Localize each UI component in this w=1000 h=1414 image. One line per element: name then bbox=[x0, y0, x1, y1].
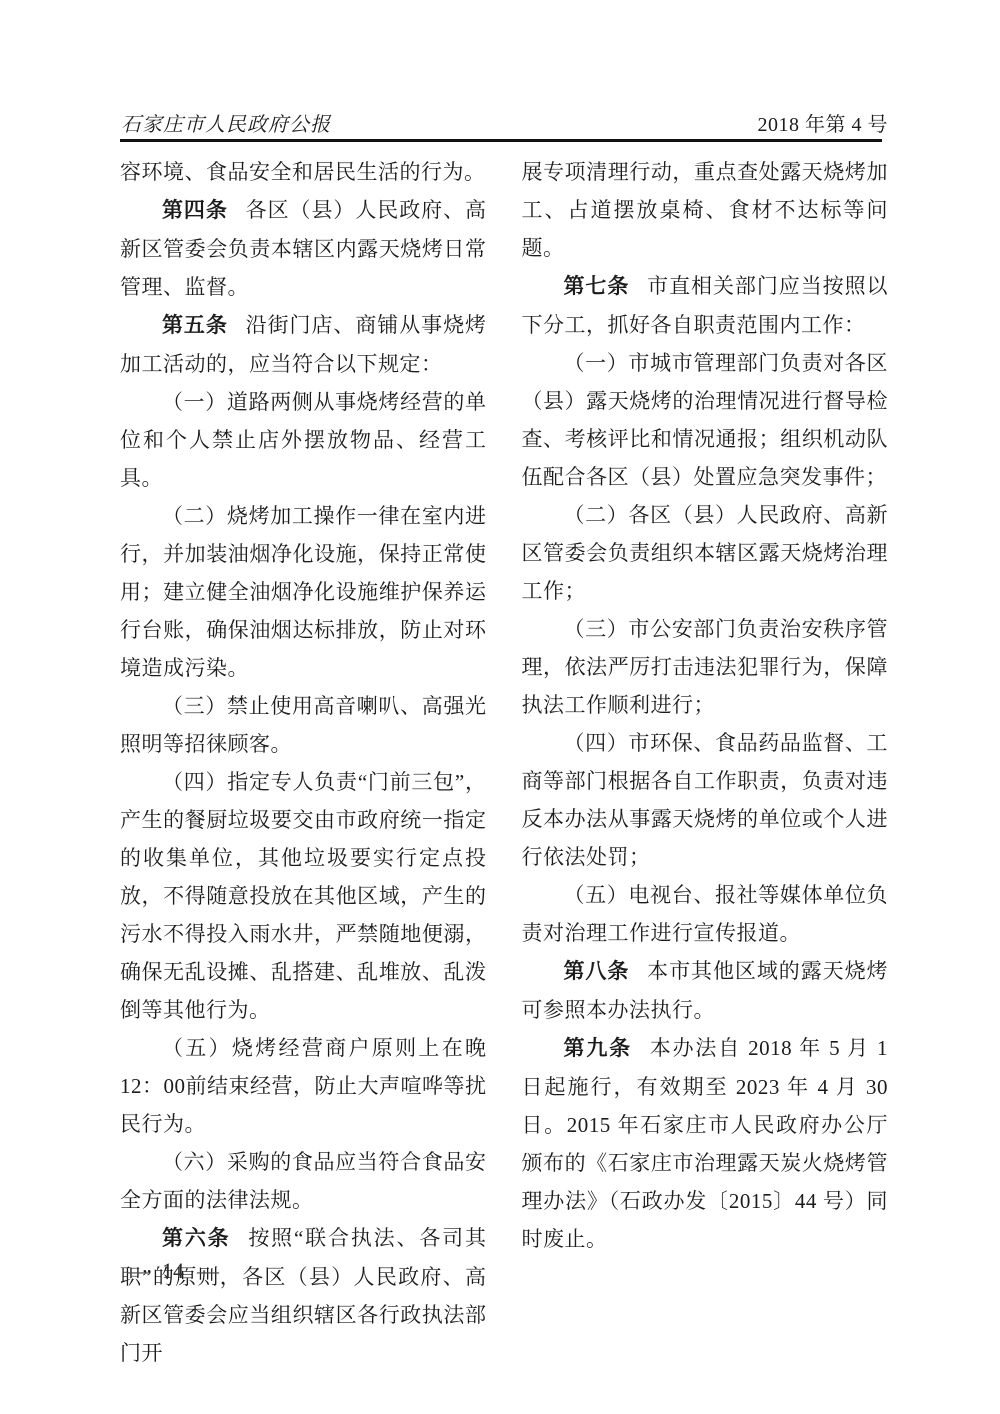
paragraph: （二）各区（县）人民政府、高新区管委会负责组织本辖区露天烧烤治理工作； bbox=[522, 496, 889, 610]
paragraph: （五）烧烤经营商户原则上在晚12：00前结束经营，防止大声喧哗等扰民行为。 bbox=[120, 1029, 487, 1143]
header-rule bbox=[120, 139, 882, 142]
paragraph: 第四条各区（县）人民政府、高新区管委会负责本辖区内露天烧烤日常管理、监督。 bbox=[120, 191, 487, 306]
article-number-label: 第九条 bbox=[564, 1037, 632, 1060]
paragraph: （三）禁止使用高音喇叭、高强光照明等招徕顾客。 bbox=[120, 687, 487, 763]
paragraph: 第七条市直相关部门应当按照以下分工，抓好各自职责范围内工作： bbox=[522, 267, 889, 344]
paragraph: 第九条本办法自 2018 年 5 月 1 日起施行，有效期至 2023 年 4 … bbox=[522, 1029, 889, 1258]
article-number-label: 第六条 bbox=[162, 1227, 231, 1250]
article-number-label: 第五条 bbox=[162, 314, 228, 337]
page-footer: — 14 — bbox=[127, 1258, 219, 1284]
right-column: 展专项清理行动，重点查处露天烧烤加工、占道摆放桌椅、食材不达标等问题。第七条市直… bbox=[522, 153, 889, 1372]
issue-number: 2018 年第 4 号 bbox=[758, 112, 889, 138]
paragraph: （二）烧烤加工操作一律在室内进行，并加装油烟净化设施，保持正常使用；建立健全油烟… bbox=[120, 497, 487, 687]
footer-dash-left: — bbox=[127, 1258, 149, 1284]
gazette-page: 石家庄市人民政府公报 2018 年第 4 号 容环境、食品安全和居民生活的行为。… bbox=[0, 0, 1000, 1414]
article-number-label: 第四条 bbox=[162, 199, 228, 222]
paragraph: （四）指定专人负责“门前三包”，产生的餐厨垃圾要交由市政府统一指定的收集单位，其… bbox=[120, 763, 487, 1029]
paragraph: （六）采购的食品应当符合食品安全方面的法律法规。 bbox=[120, 1143, 487, 1219]
paragraph: （一）市城市管理部门负责对各区（县）露天烧烤的治理情况进行督导检查、考核评比和情… bbox=[522, 344, 889, 496]
paragraph: 第六条按照“联合执法、各司其职”的原则，各区（县）人民政府、高新区管委会应当组织… bbox=[120, 1219, 487, 1372]
left-column: 容环境、食品安全和居民生活的行为。第四条各区（县）人民政府、高新区管委会负责本辖… bbox=[120, 153, 487, 1372]
paragraph: 容环境、食品安全和居民生活的行为。 bbox=[120, 153, 487, 191]
text-columns: 容环境、食品安全和居民生活的行为。第四条各区（县）人民政府、高新区管委会负责本辖… bbox=[120, 153, 888, 1372]
paragraph: 展专项清理行动，重点查处露天烧烤加工、占道摆放桌椅、食材不达标等问题。 bbox=[522, 153, 889, 267]
footer-dash-right: — bbox=[197, 1258, 219, 1284]
article-number-label: 第七条 bbox=[564, 275, 630, 298]
paragraph: 第五条沿街门店、商铺从事烧烤加工活动的，应当符合以下规定： bbox=[120, 306, 487, 383]
page-number: 14 bbox=[162, 1258, 184, 1284]
paragraph: （五）电视台、报社等媒体单位负责对治理工作进行宣传报道。 bbox=[522, 876, 889, 952]
paragraph: （四）市环保、食品药品监督、工商等部门根据各自工作职责，负责对违反本办法从事露天… bbox=[522, 724, 889, 876]
gazette-title: 石家庄市人民政府公报 bbox=[121, 112, 331, 138]
paragraph: （三）市公安部门负责治安秩序管理，依法严厉打击违法犯罪行为，保障执法工作顺利进行… bbox=[522, 610, 889, 724]
paragraph: （一）道路两侧从事烧烤经营的单位和个人禁止店外摆放物品、经营工具。 bbox=[120, 383, 487, 497]
page-header: 石家庄市人民政府公报 2018 年第 4 号 bbox=[121, 110, 888, 138]
paragraph: 第八条本市其他区域的露天烧烤可参照本办法执行。 bbox=[522, 952, 889, 1029]
article-number-label: 第八条 bbox=[564, 960, 630, 983]
